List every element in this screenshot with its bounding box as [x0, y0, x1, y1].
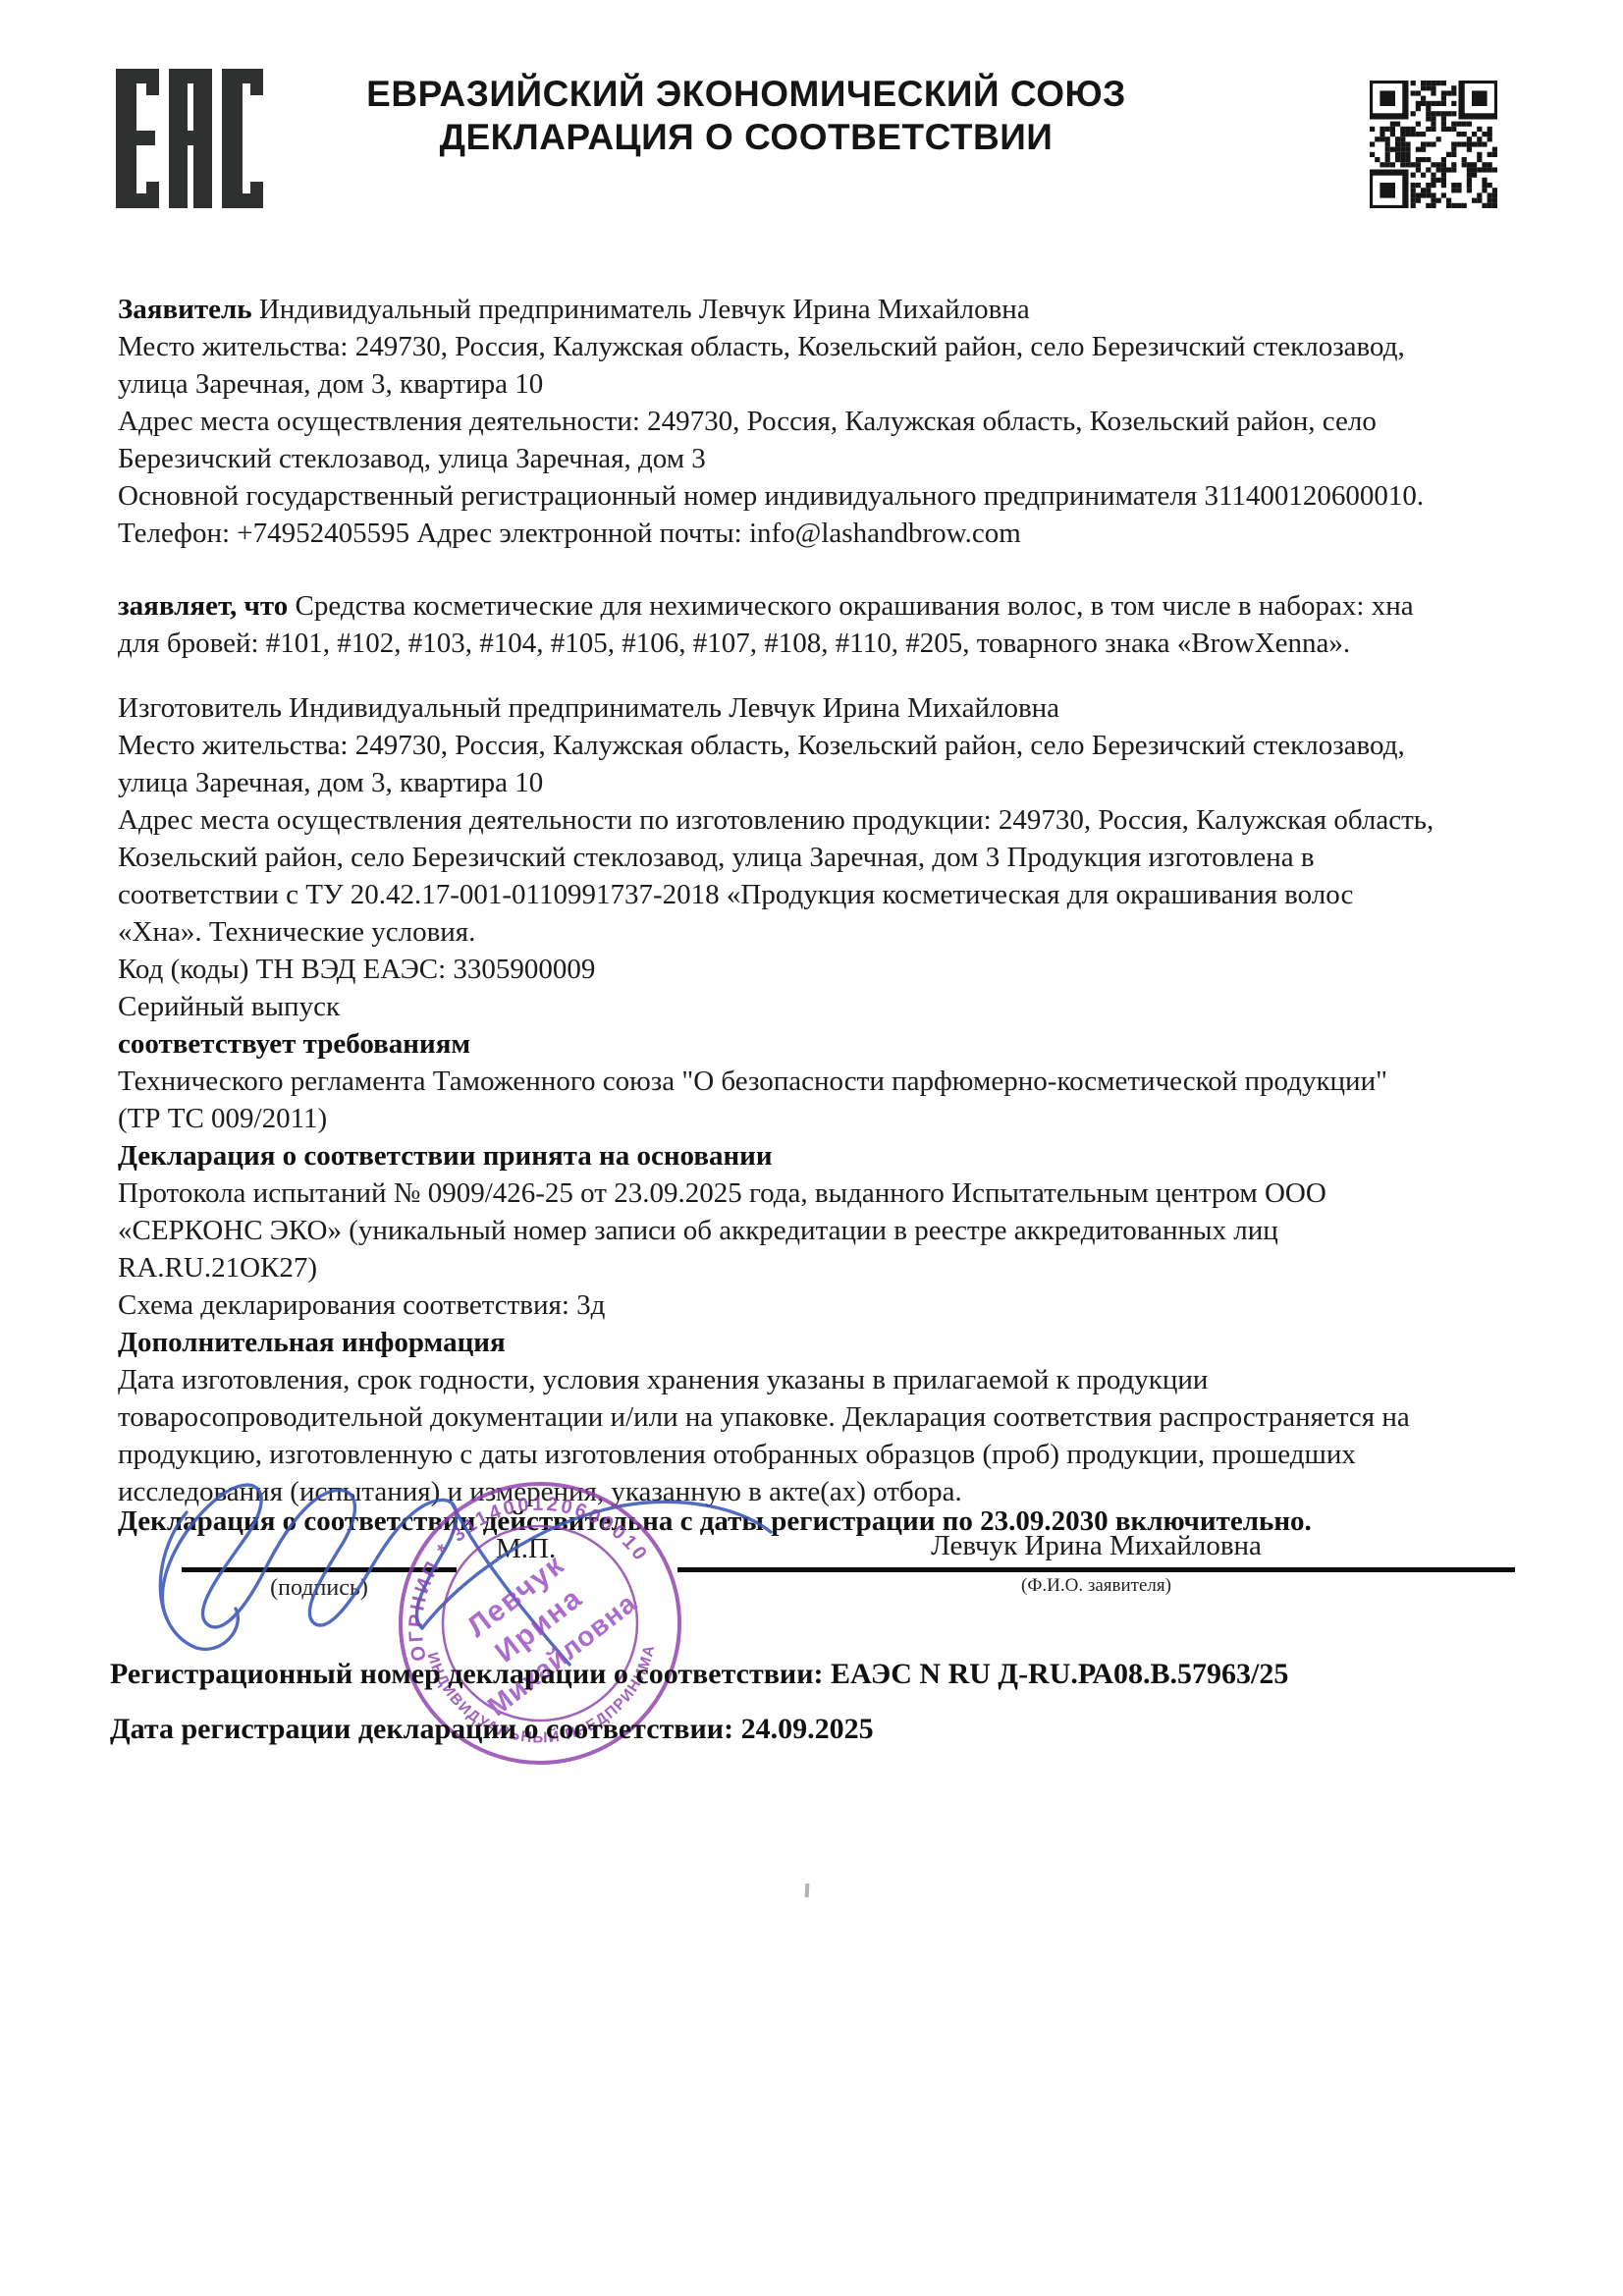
contacts-line: Телефон: +74952405595 Адрес электронной … [118, 515, 1510, 552]
manufacturer-line: Изготовитель Индивидуальный предпринимат… [118, 689, 1510, 727]
document-body: Заявитель Индивидуальный предприниматель… [118, 291, 1510, 1540]
text-line: «СЕРКОНС ЭКО» (уникальный номер записи о… [118, 1212, 1510, 1249]
applicant-label: Заявитель [118, 294, 252, 325]
declares-line: заявляет, что Средства косметические для… [118, 587, 1510, 625]
text-line: Место жительства: 249730, Россия, Калужс… [118, 328, 1510, 365]
additional-info-heading: Дополнительная информация [118, 1324, 1510, 1361]
applicant-line: Заявитель Индивидуальный предприниматель… [118, 291, 1510, 328]
product-line: для бровей: #101, #102, #103, #104, #105… [118, 625, 1510, 662]
eac-mark-logo [110, 69, 267, 208]
text-line: товаросопроводительной документации и/ил… [118, 1398, 1510, 1436]
text-line: (ТР ТС 009/2011) [118, 1100, 1510, 1137]
registration-date-line: Дата регистрации декларации о соответств… [110, 1713, 874, 1746]
text-line: Адрес места осуществления деятельности: … [118, 403, 1510, 440]
basis-heading: Декларация о соответствии принята на осн… [118, 1137, 1510, 1175]
text-line: RA.RU.21ОК27) [118, 1249, 1510, 1286]
text-line: Козельский район, село Березичский стекл… [118, 839, 1510, 876]
declares-label: заявляет, что [118, 590, 288, 622]
declares-value: Средства косметические для нехимического… [288, 590, 1413, 622]
document-title: ЕВРАЗИЙСКИЙ ЭКОНОМИЧЕСКИЙ СОЮЗ ДЕКЛАРАЦИ… [275, 73, 1217, 159]
registration-number-line: Регистрационный номер декларации о соотв… [110, 1658, 1288, 1691]
text-line: соответствии с ТУ 20.42.17-001-011099173… [118, 876, 1510, 913]
text-line: Березичский стеклозавод, улица Заречная,… [118, 440, 1510, 477]
text-line: Адрес места осуществления деятельности п… [118, 801, 1510, 839]
declaration-document: ЕВРАЗИЙСКИЙ ЭКОНОМИЧЕСКИЙ СОЮЗ ДЕКЛАРАЦИ… [0, 0, 1623, 2296]
text-line: Место жительства: 249730, Россия, Калужс… [118, 727, 1510, 764]
title-line-union: ЕВРАЗИЙСКИЙ ЭКОНОМИЧЕСКИЙ СОЮЗ [275, 73, 1217, 116]
text-line: Дата изготовления, срок годности, услови… [118, 1361, 1510, 1398]
title-line-declaration: ДЕКЛАРАЦИЯ О СООТВЕТСТВИИ [275, 116, 1217, 159]
text-line: Технического регламента Таможенного союз… [118, 1063, 1510, 1100]
scheme-line: Схема декларирования соответствия: 3д [118, 1286, 1510, 1324]
complies-heading: соответствует требованиям [118, 1025, 1510, 1063]
scan-artifact-mark [805, 1884, 810, 1897]
tnved-code-line: Код (коды) ТН ВЭД ЕАЭС: 3305900009 [118, 951, 1510, 988]
text-line: улица Заречная, дом 3, квартира 10 [118, 365, 1510, 403]
text-line: Протокола испытаний № 0909/426-25 от 23.… [118, 1175, 1510, 1212]
text-line: улица Заречная, дом 3, квартира 10 [118, 764, 1510, 801]
qr-code [1370, 81, 1497, 208]
applicant-value: Индивидуальный предприниматель Левчук Ир… [252, 294, 1030, 325]
ogrnip-line: Основной государственный регистрационный… [118, 477, 1510, 515]
serial-line: Серийный выпуск [118, 988, 1510, 1025]
text-line: «Хна». Технические условия. [118, 913, 1510, 951]
